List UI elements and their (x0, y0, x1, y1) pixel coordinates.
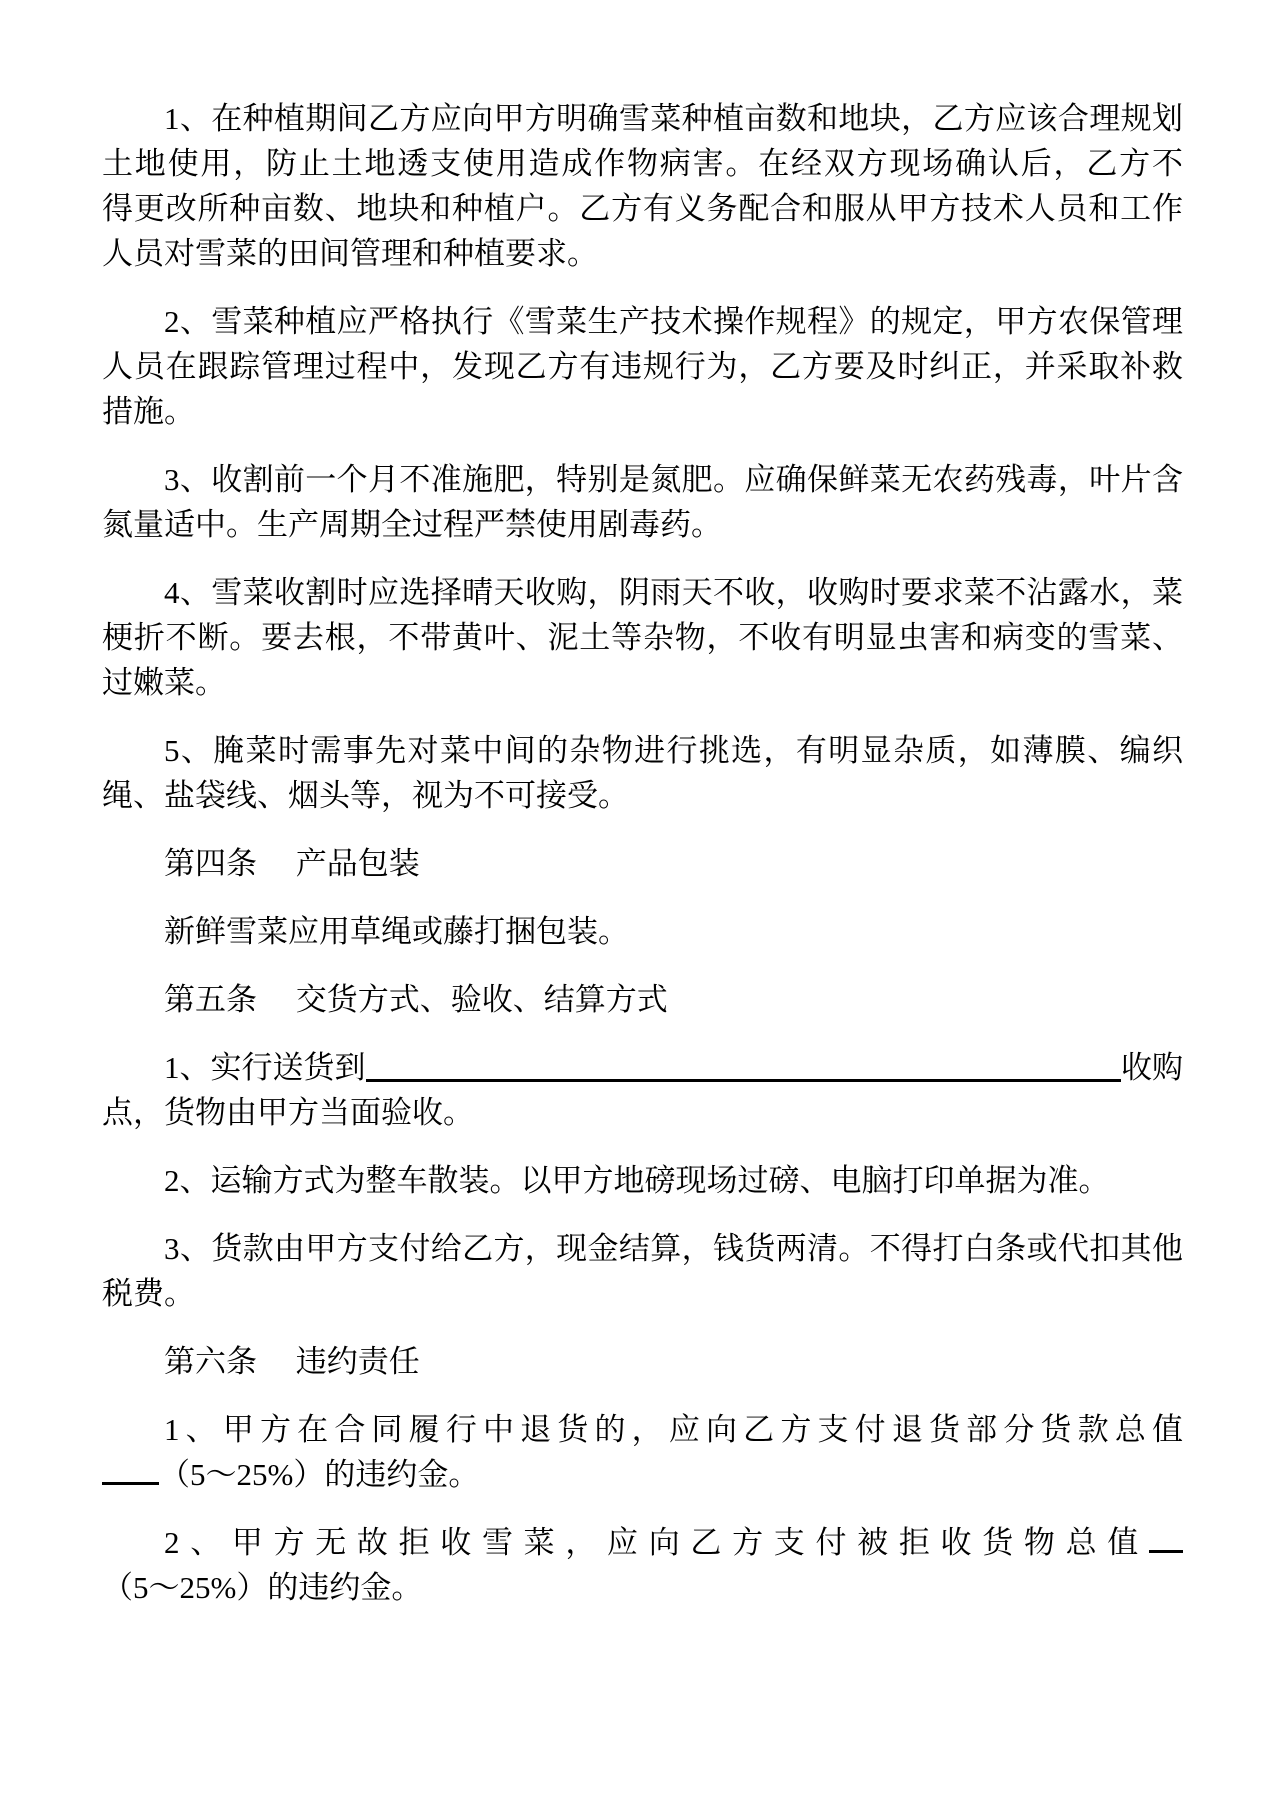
paragraph: 2、运输方式为整车散装。以甲方地磅现场过磅、电脑打印单据为准。 (102, 1158, 1183, 1203)
line-text: （5～25%）的违约金。 (102, 1570, 422, 1605)
section-heading: 第五条 交货方式、验收、结算方式 (102, 977, 1183, 1022)
paragraph-with-blank: 1、实行送货到收购点，货物由甲方当面验收。 (102, 1045, 1183, 1135)
fill-line-before-text: 1、实行送货到 (102, 1045, 366, 1090)
document-line: （5～25%）的违约金。 (102, 1452, 1183, 1497)
paragraph: 1、在种植期间乙方应向甲方明确雪菜种植亩数和地块，乙方应该合理规划土地使用，防止… (102, 96, 1183, 276)
document-line: 2、甲方无故拒收雪菜，应向乙方支付被拒收货物总值 (102, 1520, 1183, 1565)
fill-in-blank (102, 1454, 159, 1485)
paragraph: 4、雪菜收割时应选择晴天收购，阴雨天不收，收购时要求菜不沾露水，菜梗折不断。要去… (102, 570, 1183, 705)
line-text: 1、甲方在合同履行中退货的，应向乙方支付退货部分货款总值 (164, 1412, 1183, 1447)
fill-in-blank (1149, 1522, 1183, 1553)
fill-in-blank (366, 1045, 1122, 1082)
paragraph-with-blank: 1、甲方在合同履行中退货的，应向乙方支付退货部分货款总值（5～25%）的违约金。 (102, 1407, 1183, 1497)
paragraph: 新鲜雪菜应用草绳或藤打捆包装。 (102, 909, 1183, 954)
section-heading: 第六条 违约责任 (102, 1339, 1183, 1384)
line-text: （5～25%）的违约金。 (159, 1457, 479, 1492)
paragraph: 3、收割前一个月不准施肥，特别是氮肥。应确保鲜菜无农药残毒，叶片含氮量适中。生产… (102, 457, 1183, 547)
fill-line: 1、实行送货到收购 (102, 1045, 1183, 1090)
document-line: 1、甲方在合同履行中退货的，应向乙方支付退货部分货款总值 (102, 1407, 1183, 1452)
paragraph: 5、腌菜时需事先对菜中间的杂物进行挑选，有明显杂质，如薄膜、编织绳、盐袋线、烟头… (102, 728, 1183, 818)
paragraph-with-blank: 2、甲方无故拒收雪菜，应向乙方支付被拒收货物总值（5～25%）的违约金。 (102, 1520, 1183, 1610)
document-line: （5～25%）的违约金。 (102, 1565, 1183, 1610)
document-page: 1、在种植期间乙方应向甲方明确雪菜种植亩数和地块，乙方应该合理规划土地使用，防止… (0, 0, 1280, 1810)
paragraph: 2、雪菜种植应严格执行《雪菜生产技术操作规程》的规定，甲方农保管理人员在跟踪管理… (102, 299, 1183, 434)
paragraph: 3、货款由甲方支付给乙方，现金结算，钱货两清。不得打白条或代扣其他税费。 (102, 1226, 1183, 1316)
section-heading: 第四条 产品包装 (102, 841, 1183, 886)
paragraph-continuation: 点，货物由甲方当面验收。 (102, 1090, 1183, 1135)
fill-line-after-text: 收购 (1121, 1045, 1183, 1090)
line-text: 2、甲方无故拒收雪菜，应向乙方支付被拒收货物总值 (164, 1525, 1149, 1560)
